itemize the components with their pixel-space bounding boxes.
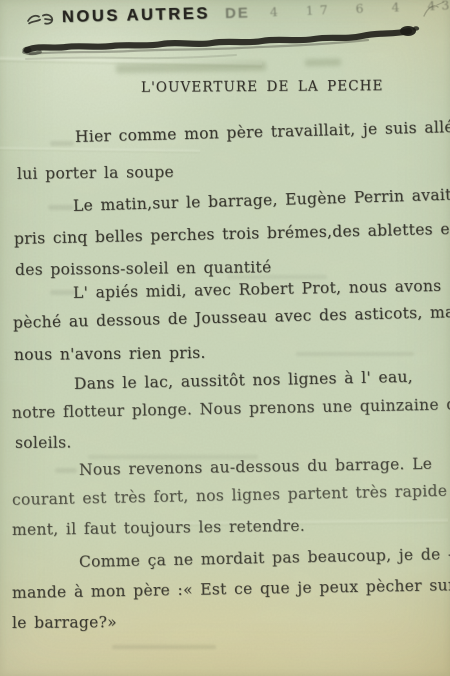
ink-smudge [55, 468, 77, 473]
text-line: Hier comme mon père travaillait, je suis… [75, 120, 450, 145]
masthead: NOUS AUTRES DE 4 17 6 4 43 [26, 0, 450, 28]
text-line: notre flotteur plonge. Nous prenons une … [12, 397, 450, 421]
text-line: pèché au dessous de Jousseau avec des as… [13, 305, 450, 332]
text-line: lui porter la soupe [17, 165, 174, 182]
text-line: nous n'avons rien pris. [14, 346, 206, 364]
journal-title-stamp-suffix: DE [225, 5, 250, 23]
scanned-page: NOUS AUTRES DE 4 17 6 4 43 L'OUVERTURE D… [0, 0, 450, 676]
text-line: ment, il faut toujours les retendre. [12, 519, 305, 539]
ink-smudge [48, 205, 74, 210]
text-line: courant est très fort, nos lignes parten… [12, 484, 450, 509]
ink-smudge [50, 141, 74, 146]
ghost-offset-print [116, 62, 266, 74]
ghost-offset-print [305, 59, 341, 67]
text-line: Comme ça ne mordait pas beaucoup, je de … [79, 547, 450, 570]
text-line: le barrage?» [12, 615, 117, 631]
text-line: Dans le lac, aussitôt nos lignes à l' ea… [74, 370, 413, 393]
text-line: mande à mon père :« Est ce que je peux p… [12, 578, 450, 601]
ink-smudge [296, 352, 414, 356]
paper-crease [0, 55, 262, 68]
page-title: L'OUVERTURE DE LA PECHE [141, 78, 384, 96]
ink-smudge [112, 645, 216, 649]
paper-crease [0, 146, 200, 155]
faded-date-marks: 4 17 6 4 43 [270, 0, 450, 19]
fleuron-icon [26, 9, 56, 28]
journal-title-stamp: NOUS AUTRES [62, 5, 211, 28]
text-line: soleils. [15, 436, 72, 452]
text-line: Le matin,sur le barrage, Eugène Perrin a… [73, 188, 450, 215]
text-line: des poissons-soleil en quantité [15, 260, 272, 278]
text-line: L' apiés midi, avec Robert Prot, nous av… [73, 279, 442, 302]
text-line: pris cinq belles perches trois brémes,de… [14, 222, 450, 248]
text-line: Nous revenons au-dessous du barrage. Le [79, 457, 432, 479]
paper-texture [0, 0, 450, 676]
